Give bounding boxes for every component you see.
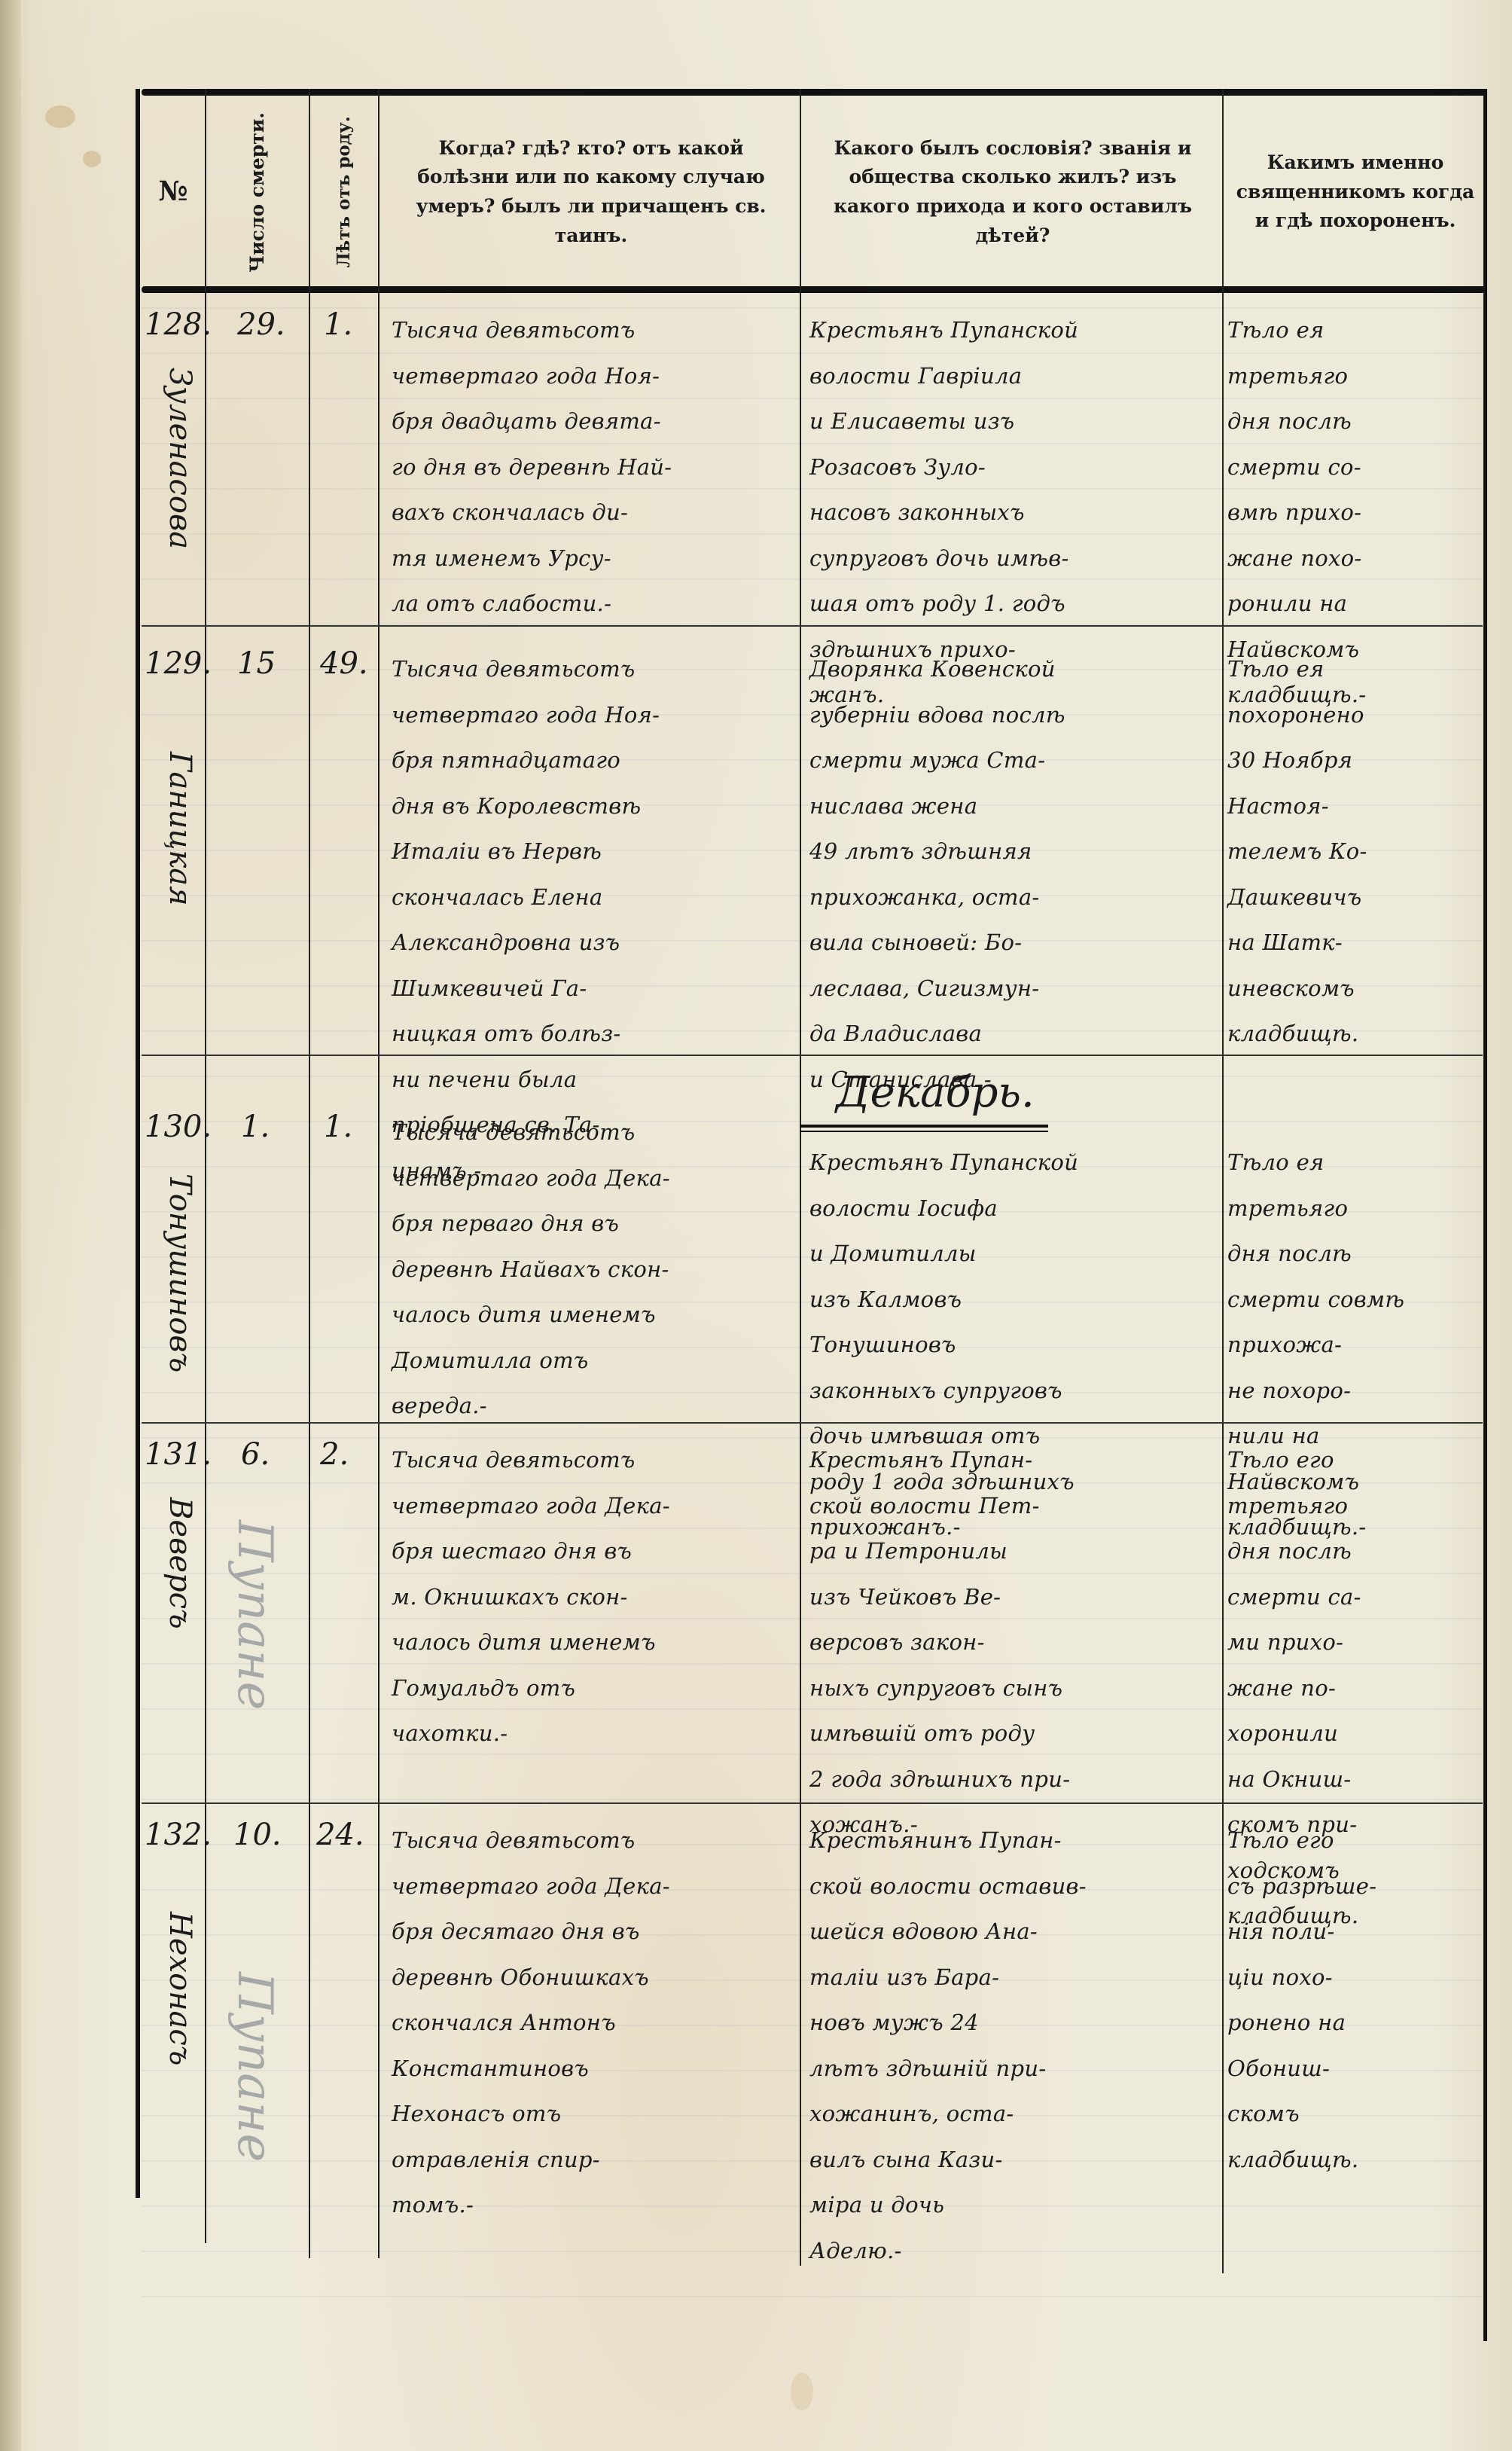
month-heading: Декабрь. [836,1068,1035,1117]
column-divider [378,89,380,2258]
header-number-label: № [158,171,187,213]
entry-surname: Ганицкая [163,752,197,906]
table-right-border [1483,89,1487,2341]
entry-surname: Зуленасова [163,368,197,549]
entry-day: 10. [233,1818,282,1852]
pencil-annotation: Пупане [227,1520,282,1710]
header-estate-label: Какого былъ сословія? званія и общества … [817,134,1209,251]
header-burial-label: Какимъ именно священникомъ когда и гдѣ п… [1235,148,1476,236]
entry-surname: Тонушиновъ [163,1174,197,1372]
entry-age: 2. [320,1437,349,1472]
header-estate: Какого былъ сословія? званія и общества … [817,99,1209,285]
entry-estate: Крестьянъ Пупан- ской волости Пет- ра и … [809,1437,1220,1848]
death-register-table: № Число смерти. Лѣтъ отъ роду. Когда? гд… [136,89,1487,2341]
column-divider [800,89,801,2266]
header-circumstances: Когда? гдѣ? кто? отъ какой болѣзни или п… [395,99,787,285]
month-underline [800,1125,1048,1128]
entry-burial: Тѣло его съ разрѣше- нія поли- ціи похо-… [1227,1818,1480,2182]
paper-stain [83,151,101,167]
entry-number: 132. [145,1818,212,1852]
column-divider [309,89,310,2258]
entry-age: 1. [324,307,352,342]
entry-number: 131. [145,1437,212,1472]
entry-circumstances: Тысяча девятьсотъ четвертаго года Ноя- б… [392,307,798,627]
entry-age: 24. [316,1818,364,1852]
entry-circumstances: Тысяча девятьсотъ четвертаго года Дека- … [392,1437,798,1757]
entry-number: 129. [145,646,212,681]
header-age: Лѣтъ отъ роду. [310,99,378,285]
header-circumstances-label: Когда? гдѣ? кто? отъ какой болѣзни или п… [395,134,787,251]
entry-circumstances: Тысяча девятьсотъ четвертаго года Дека- … [392,1818,798,2228]
entry-number: 130. [145,1110,212,1144]
entry-burial: Тѣло ея похоронено 30 Ноября Настоя- тел… [1227,646,1480,1057]
page-spine [0,0,21,2451]
paper-stain [791,2373,813,2410]
entry-surname: Нехонасъ [163,1912,197,2065]
entry-age: 1. [324,1110,352,1144]
entry-number: 128. [145,307,212,342]
paper-stain [45,105,75,128]
header-bottom-rule [142,286,1487,293]
entry-surname: Веверсъ [163,1497,197,1629]
column-divider [1222,89,1224,2273]
header-burial: Какимъ именно священникомъ когда и гдѣ п… [1235,99,1476,285]
entry-day: 15 [237,646,276,681]
header-number: № [142,99,205,285]
entry-day: 29. [237,307,285,342]
month-underline [800,1131,1048,1132]
entry-estate: Крестьянинъ Пупан- ской волости оставив-… [809,1818,1220,2273]
header-day-of-death: Число смерти. [206,99,309,285]
entry-circumstances: Тысяча девятьсотъ четвертаго года Дека- … [392,1110,798,1429]
table-top-rule [142,89,1487,96]
header-day-of-death-label: Число смерти. [243,112,273,273]
entry-age: 49. [320,646,368,681]
entry-day: 1. [241,1110,270,1144]
header-age-label: Лѣтъ отъ роду. [331,116,358,267]
table-left-border [136,89,140,2198]
entry-estate: Дворянка Ковенской губерніи вдова послѣ … [809,646,1220,1102]
entry-day: 6. [241,1437,270,1472]
column-divider [205,89,206,2243]
pencil-annotation: Пупане [227,1972,282,2162]
